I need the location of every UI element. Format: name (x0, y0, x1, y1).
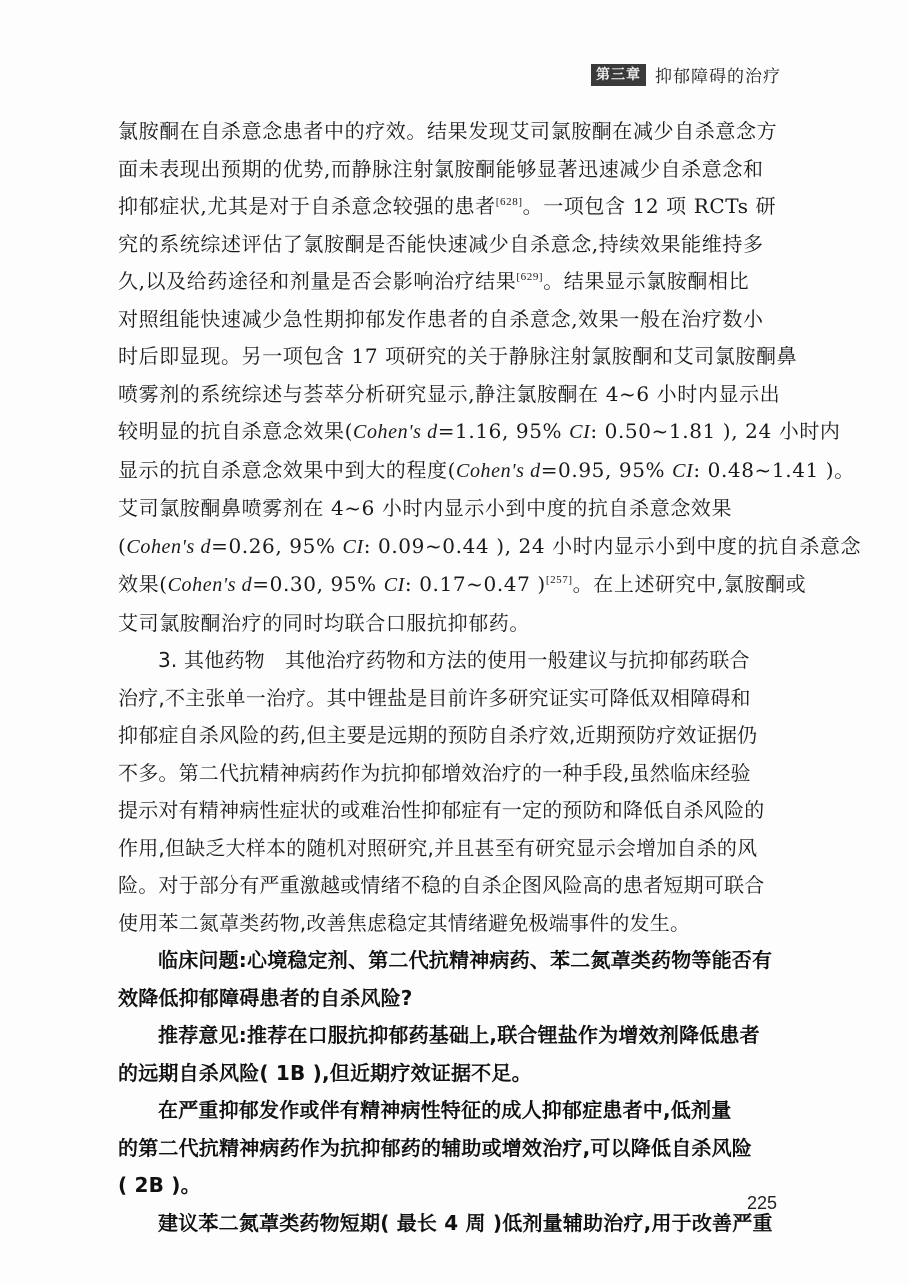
chapter-title: 抑郁障碍的治疗 (655, 62, 781, 87)
text-line: 艾司氯胺酮鼻喷雾剂在 4~6 小时内显示小到中度的抗自杀意念效果 (118, 490, 790, 528)
page-body: 氯胺酮在自杀意念患者中的疗效。结果发现艾司氯胺酮在减少自杀意念方 面未表现出预期… (118, 113, 790, 1242)
text-line: ( 2B )。 (118, 1167, 790, 1205)
running-header: 第三章 抑郁障碍的治疗 (591, 62, 781, 87)
stat-label: Cohen's d (126, 536, 211, 558)
text-line: 究的系统综述评估了氯胺酮是否能快速减少自杀意念,持续效果能维持多 (118, 226, 790, 264)
text-line: 的第二代抗精神病药作为抗抑郁药的辅助或增效治疗,可以降低自杀风险 (118, 1130, 790, 1168)
text-line: 作用,但缺乏大样本的随机对照研究,并且甚至有研究显示会增加自杀的风 (118, 830, 790, 868)
recommendation-benzodiazepines: 建议苯二氮䓬类药物短期( 最长 4 周 )低剂量辅助治疗,用于改善严重 (118, 1205, 790, 1243)
text-line: (Cohen's d=0.26, 95% CI: 0.09~0.44 ), 24… (118, 528, 790, 567)
text-line: 治疗,不主张单一治疗。其中锂盐是目前许多研究证实可降低双相障碍和 (118, 680, 790, 718)
text-line: 抑郁症自杀风险的药,但主要是远期的预防自杀疗效,近期预防疗效证据仍 (118, 717, 790, 755)
text-line: 抑郁症状,尤其是对于自杀意念较强的患者[628]。一项包含 12 项 RCTs … (118, 188, 790, 226)
clinical-question: 临床问题:心境稳定剂、第二代抗精神病药、苯二氮䓬类药物等能否有 效降低抑郁障碍患… (118, 942, 790, 1017)
text-line: 临床问题:心境稳定剂、第二代抗精神病药、苯二氮䓬类药物等能否有 (118, 942, 790, 980)
paragraph-ketamine-studies: 氯胺酮在自杀意念患者中的疗效。结果发现艾司氯胺酮在减少自杀意念方 面未表现出预期… (118, 113, 790, 642)
text-line: 时后即显现。另一项包含 17 项研究的关于静脉注射氯胺酮和艾司氯胺酮鼻 (118, 338, 790, 376)
text-line: 险。对于部分有严重激越或情绪不稳的自杀企图风险高的患者短期可联合 (118, 867, 790, 905)
text-line: 久,以及给药途径和剂量是否会影响治疗结果[629]。结果显示氯胺酮相比 (118, 263, 790, 301)
section-heading-line: 3. 其他药物 其他治疗药物和方法的使用一般建议与抗抑郁药联合 (118, 642, 790, 680)
text-line: 效果(Cohen's d=0.30, 95% CI: 0.17~0.47 )[2… (118, 566, 790, 605)
text-line: 艾司氯胺酮治疗的同时均联合口服抗抑郁药。 (118, 605, 790, 643)
text-line: 的远期自杀风险( 1B ),但近期疗效证据不足。 (118, 1055, 790, 1093)
text-line: 对照组能快速减少急性期抑郁发作患者的自杀意念,效果一般在治疗数小 (118, 301, 790, 339)
text-line: 推荐意见:推荐在口服抗抑郁药基础上,联合锂盐作为增效剂降低患者 (118, 1017, 790, 1055)
recommendation-lithium: 推荐意见:推荐在口服抗抑郁药基础上,联合锂盐作为增效剂降低患者 的远期自杀风险(… (118, 1017, 790, 1092)
citation-628: [628] (496, 196, 523, 208)
text-line: 氯胺酮在自杀意念患者中的疗效。结果发现艾司氯胺酮在减少自杀意念方 (118, 113, 790, 151)
text-line: 较明显的抗自杀意念效果(Cohen's d=1.16, 95% CI: 0.50… (118, 413, 790, 452)
text-line: 效降低抑郁障碍患者的自杀风险? (118, 980, 790, 1018)
text-line: 显示的抗自杀意念效果中到大的程度(Cohen's d=0.95, 95% CI:… (118, 452, 790, 491)
stat-label: Cohen's d (353, 421, 438, 443)
stat-label: Cohen's d (456, 460, 541, 482)
text-line: 建议苯二氮䓬类药物短期( 最长 4 周 )低剂量辅助治疗,用于改善严重 (118, 1205, 790, 1243)
text-line: 喷雾剂的系统综述与荟萃分析研究显示,静注氯胺酮在 4~6 小时内显示出 (118, 376, 790, 414)
text-line: 不多。第二代抗精神病药作为抗抑郁增效治疗的一种手段,虽然临床经验 (118, 755, 790, 793)
citation-629: [629] (516, 271, 543, 283)
text-line: 面未表现出预期的优势,而静脉注射氯胺酮能够显著迅速减少自杀意念和 (118, 151, 790, 189)
text-line: 提示对有精神病性症状的或难治性抑郁症有一定的预防和降低自杀风险的 (118, 792, 790, 830)
text-line: 在严重抑郁发作或伴有精神病性特征的成人抑郁症患者中,低剂量 (118, 1092, 790, 1130)
recommendation-antipsychotics: 在严重抑郁发作或伴有精神病性特征的成人抑郁症患者中,低剂量 的第二代抗精神病药作… (118, 1092, 790, 1205)
stat-label: Cohen's d (168, 574, 253, 596)
citation-257: [257] (546, 574, 573, 586)
text-line: 使用苯二氮䓬类药物,改善焦虑稳定其情绪避免极端事件的发生。 (118, 905, 790, 943)
page-number: 225 (747, 1193, 777, 1214)
chapter-badge: 第三章 (591, 64, 646, 86)
paragraph-other-drugs: 3. 其他药物 其他治疗药物和方法的使用一般建议与抗抑郁药联合 治疗,不主张单一… (118, 642, 790, 942)
